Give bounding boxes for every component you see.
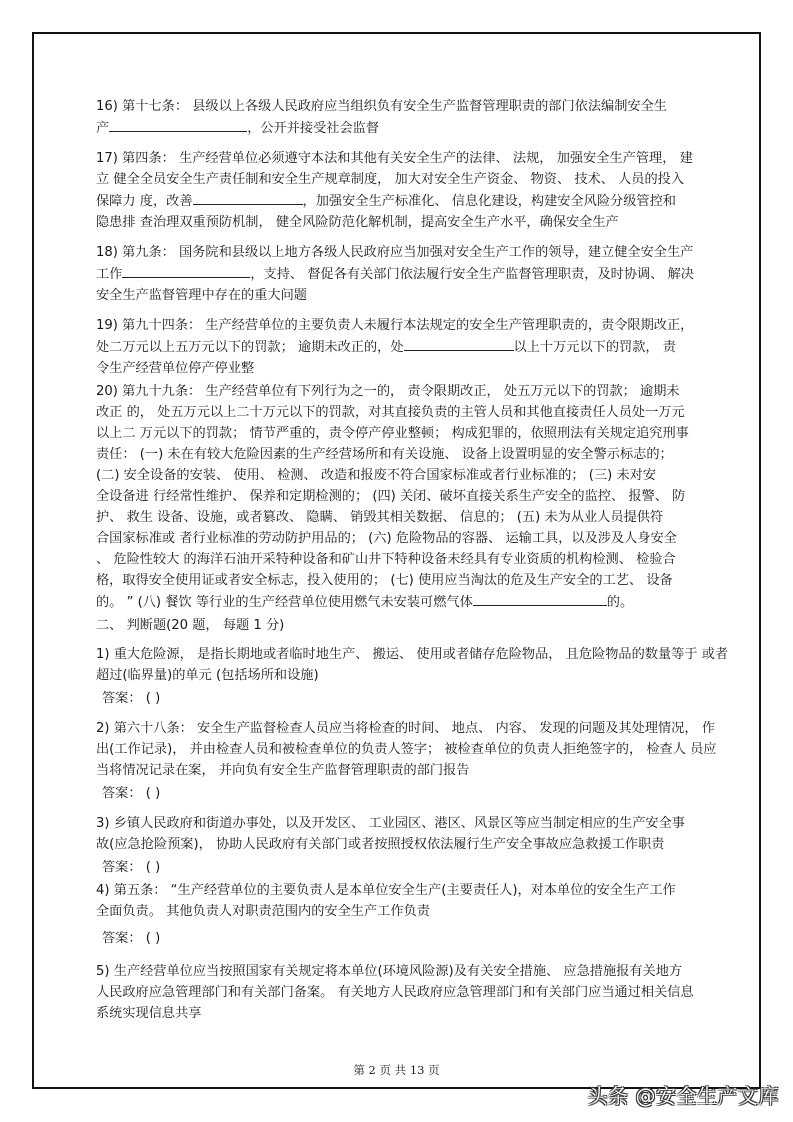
true-false-item-2: 2) 第六十八条： 安全生产监督检查人员应当将检查的时间、 地点、 内容、 发现… — [96, 718, 708, 781]
text-line: 格，取得安全使用证或者安全标志，投入使用的； (七) 使用应当淘汰的危及生产安全… — [96, 570, 708, 591]
text-line: 改正 的， 处五万元以上二十万元以下的罚款，对其直接负责的主管人员和其他直接责任… — [96, 402, 708, 423]
fill-blank-item-17: 17) 第四条： 生产经营单位必须遵守本法和其他有关安全生产的法律、 法规， 加… — [96, 148, 708, 233]
text-line: 超过(临界量)的单元 (包括场所和设施) — [96, 665, 708, 686]
answer-blank[interactable] — [109, 117, 247, 132]
fill-blank-item-16: 16) 第十七条： 县级以上各级人民政府应当组织负有安全生产监督管理职责的部门依… — [96, 96, 708, 139]
text-line: 4) 第五条： “生产经营单位的主要负责人是本单位安全生产(主要责任人)，对本单… — [96, 880, 708, 901]
fill-blank-item-20: 20) 第九十九条： 生产经营单位有下列行为之一的， 责令限期改正， 处五万元以… — [96, 381, 708, 613]
text-line: 3) 乡镇人民政府和街道办事处，以及开发区、 工业园区、港区、风景区等应当制定相… — [96, 813, 708, 834]
text-line: 1) 重大危险源， 是指长期地或者临时地生产、 搬运、 使用或者储存危险物品， … — [96, 644, 708, 665]
answer-blank[interactable] — [193, 190, 303, 205]
text-line-with-blank: 的。 ” (八) 餐饮 等行业的生产经营单位使用燃气未安装可燃气体的。 — [96, 591, 708, 613]
document-body: 16) 第十七条： 县级以上各级人民政府应当组织负有安全生产监督管理职责的部门依… — [96, 96, 708, 1033]
true-false-item-5: 5) 生产经营单位应当按照国家有关规定将本单位(环境风险源)及有关安全措施、 应… — [96, 961, 708, 1024]
text-line: 18) 第九条： 国务院和县级以上地方各级人民政府应当加强对安全生产工作的领导，… — [96, 242, 708, 263]
text-line: 全面负责。 其他负责人对职责范围内的安全生产工作负责 — [96, 901, 708, 922]
text-line: 立 健全全员安全生产责任制和安全生产规章制度， 加大对安全生产资金、 物资、 技… — [96, 169, 708, 190]
answer-field[interactable]: 答案： ( ) — [102, 857, 708, 878]
text-line: 系统实现信息共享 — [96, 1003, 708, 1024]
text-line: 出(工作记录)， 并由检查人员和被检查单位的负责人签字； 被检查单位的负责人拒绝… — [96, 739, 708, 760]
fill-blank-item-19: 19) 第九十四条： 生产经营单位的主要负责人未履行本法规定的安全生产管理职责的… — [96, 315, 708, 379]
text-line: 2) 第六十八条： 安全生产监督检查人员应当将检查的时间、 地点、 内容、 发现… — [96, 718, 708, 739]
text-line: 合国家标准或 者行业标准的劳动防护用品的； (六) 危险物品的容器、 运输工具，… — [96, 528, 708, 549]
text-line: 人民政府应急管理部门和有关部门备案。 有关地方人民政府应急管理部门和有关部门应当… — [96, 982, 708, 1003]
text-line: 全设备进 行经常性维护、 保养和定期检测的； (四) 关闭、破坏直接关系生产安全… — [96, 486, 708, 507]
text-line: 以上二 万元以下的罚款； 情节严重的，责令停产停业整顿； 构成犯罪的，依照刑法有… — [96, 423, 708, 444]
true-false-item-1: 1) 重大危险源， 是指长期地或者临时地生产、 搬运、 使用或者储存危险物品， … — [96, 644, 708, 686]
answer-field[interactable]: 答案： ( ) — [102, 928, 708, 949]
text-line-with-blank: 产，公开并接受社会监督 — [96, 117, 708, 139]
answer-blank[interactable] — [122, 263, 250, 278]
watermark: 头条 @安全生产文库 — [588, 1080, 779, 1109]
text-line: 令生产经营单位停产停业整 — [96, 358, 708, 379]
answer-blank[interactable] — [404, 336, 514, 351]
text-line: 当将情况记录在案， 并向负有安全生产监督管理职责的部门报告 — [96, 760, 708, 781]
page-number: 第 2 页 共 13 页 — [0, 1062, 793, 1078]
fill-blank-item-18: 18) 第九条： 国务院和县级以上地方各级人民政府应当加强对安全生产工作的领导，… — [96, 242, 708, 306]
text-line: 故(应急抢险预案)， 协助人民政府有关部门或者按照授权依法履行生产安全事故应急救… — [96, 834, 708, 855]
answer-field[interactable]: 答案： ( ) — [102, 783, 708, 804]
text-line: 16) 第十七条： 县级以上各级人民政府应当组织负有安全生产监督管理职责的部门依… — [96, 96, 708, 117]
text-line-with-blank: 处二万元以上五万元以下的罚款； 逾期未改正的，处以上十万元以下的罚款， 责 — [96, 336, 708, 358]
text-line: 责任： (一) 未在有较大危险因素的生产经营场所和有关设施、 设备上设置明显的安… — [96, 444, 708, 465]
text-line-with-blank: 保障力 度，改善，加强安全生产标准化、 信息化建设，构建安全风险分级管控和 — [96, 190, 708, 212]
text-line: (二) 安全设备的安装、 使用、 检测、 改造和报废不符合国家标准或者行业标准的… — [96, 465, 708, 486]
text-line: 20) 第九十九条： 生产经营单位有下列行为之一的， 责令限期改正， 处五万元以… — [96, 381, 708, 402]
answer-blank[interactable] — [473, 591, 607, 606]
text-line: 19) 第九十四条： 生产经营单位的主要负责人未履行本法规定的安全生产管理职责的… — [96, 315, 708, 336]
text-line-with-blank: 工作，支持、 督促各有关部门依法履行安全生产监督管理职责，及时协调、 解决 — [96, 263, 708, 285]
true-false-item-3: 3) 乡镇人民政府和街道办事处，以及开发区、 工业园区、港区、风景区等应当制定相… — [96, 813, 708, 855]
text-line: 安全生产监督管理中存在的重大问题 — [96, 285, 708, 306]
text-line: 隐患排 查治理双重预防机制， 健全风险防范化解机制，提高安全生产水平，确保安全生… — [96, 212, 708, 233]
text-line: 、 危险性较大 的海洋石油开采特种设备和矿山井下特种设备未经具有专业资质的机构检… — [96, 549, 708, 570]
section-title-true-false: 二、 判断题(20 题， 每题 1 分) — [96, 615, 708, 636]
text-line: 17) 第四条： 生产经营单位必须遵守本法和其他有关安全生产的法律、 法规， 加… — [96, 148, 708, 169]
true-false-item-4: 4) 第五条： “生产经营单位的主要负责人是本单位安全生产(主要责任人)，对本单… — [96, 880, 708, 922]
text-line: 5) 生产经营单位应当按照国家有关规定将本单位(环境风险源)及有关安全措施、 应… — [96, 961, 708, 982]
answer-field[interactable]: 答案： ( ) — [102, 688, 708, 709]
text-line: 护、 救生 设备、设施，或者篡改、 隐瞒、 销毁其相关数据、 信息的； (五) … — [96, 507, 708, 528]
